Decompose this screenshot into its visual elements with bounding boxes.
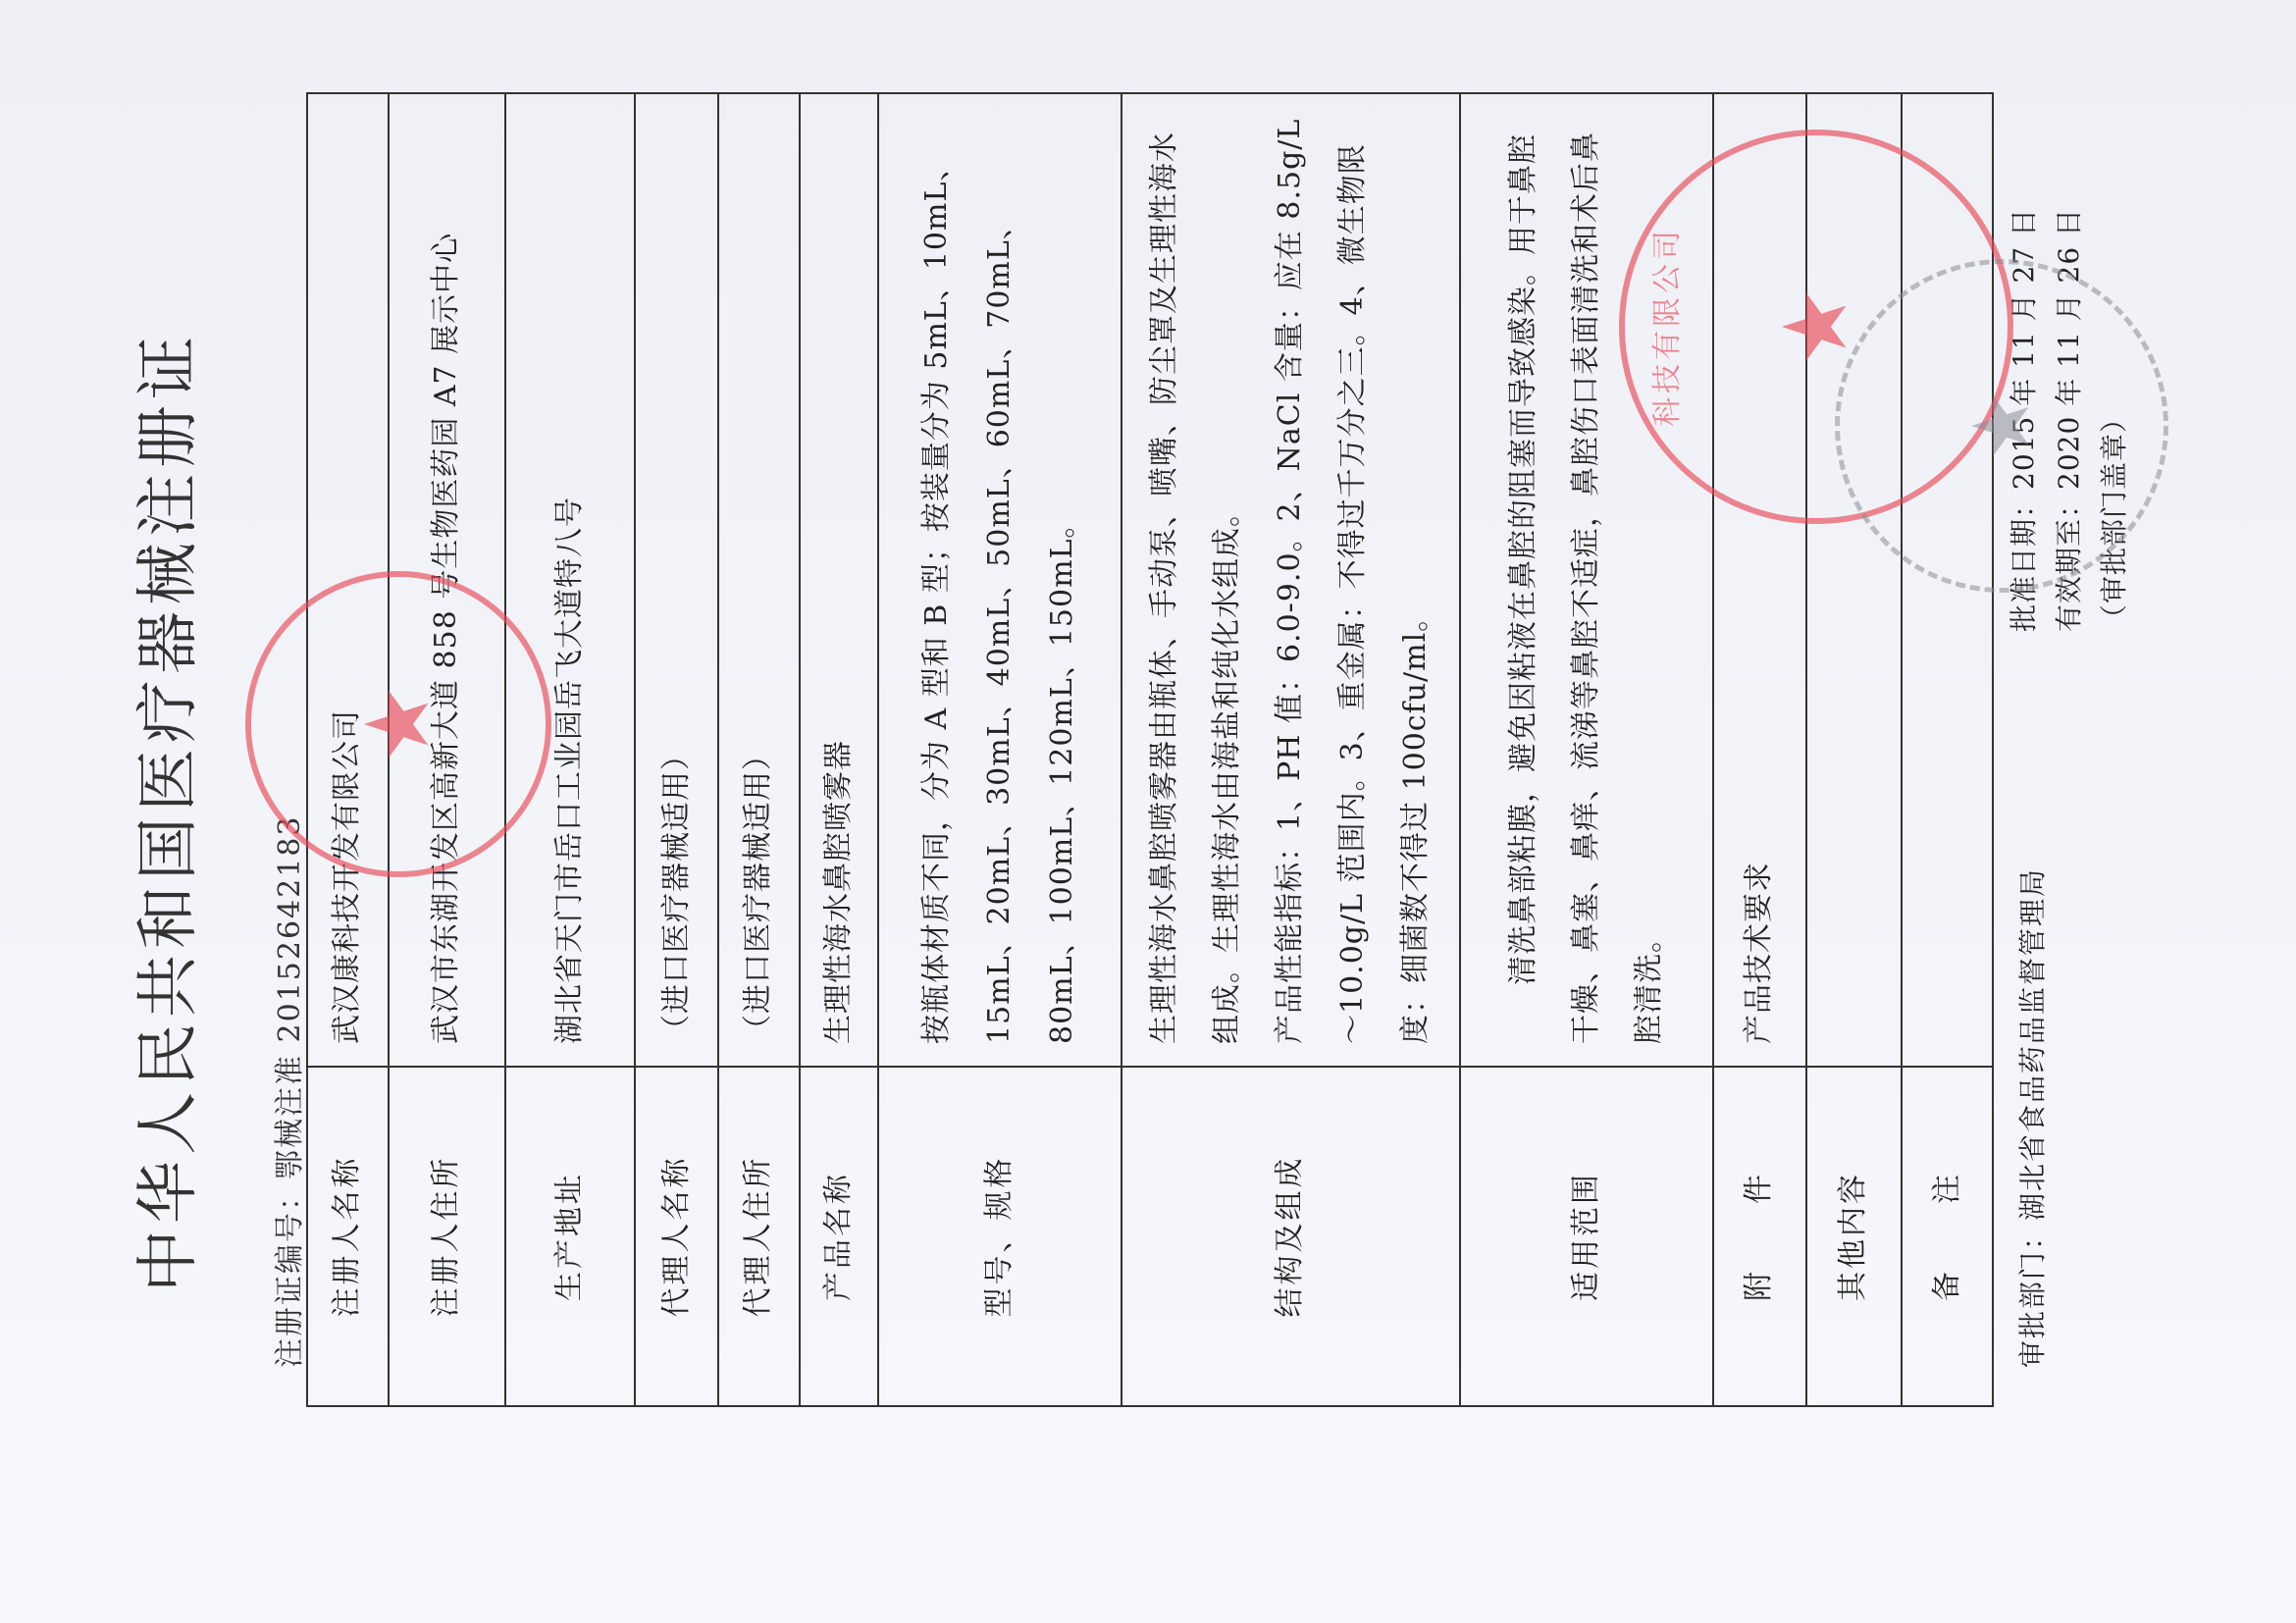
performance-indicators: 产品性能指标：1、PH 值：6.0-9.0。2、NaCl 含量：应在 8.5g/… [1259, 116, 1447, 1044]
row-label-registrant-address: 注册人住所 [389, 1067, 506, 1406]
structure-composition: 生理性海水鼻腔喷雾器由瓶体、手动泵、喷嘴、防尘罩及生理性海水组成。生理性海水由海… [1133, 116, 1259, 1044]
valid-until-line: 有效期至：2020 年 11 月 26 日 [2047, 208, 2092, 632]
row-value-registrant-address: 武汉市东湖开发区高新大道 858 号生物医药园 A7 展示中心 [389, 93, 506, 1067]
seal-note: （审批部门盖章） [2092, 208, 2137, 632]
row-label-production-address: 生产地址 [505, 1067, 635, 1406]
row-value-other [1806, 93, 1902, 1067]
row-value-scope: 清洗鼻部粘膜，避免因粘液在鼻腔的阻塞而导致感染。用于鼻腔干燥、鼻塞、鼻痒、流涕等… [1460, 93, 1713, 1067]
row-label-product-name: 产品名称 [800, 1067, 879, 1406]
row-label-registrant-name: 注册人名称 [307, 1067, 389, 1406]
row-value-production-address: 湖北省天门市岳口工业园岳飞大道特八号 [505, 93, 635, 1067]
table-row: 代理人名称 （进口医疗器械适用） [635, 93, 718, 1406]
document-title: 中华人民共和国医疗器械注册证 [118, 0, 208, 1623]
approval-block: 批准日期：2015 年 11 月 27 日 有效期至：2020 年 11 月 2… [2002, 208, 2137, 632]
row-label-attachments: 附 件 [1713, 1067, 1806, 1406]
row-label-scope: 适用范围 [1460, 1067, 1713, 1406]
registration-number-label: 注册证编号： [273, 1179, 307, 1368]
row-value-remarks [1902, 93, 1993, 1067]
row-label-model-spec: 型号、规格 [878, 1067, 1122, 1406]
valid-until-label: 有效期至： [2053, 490, 2085, 632]
row-value-structure: 生理性海水鼻腔喷雾器由瓶体、手动泵、喷嘴、防尘罩及生理性海水组成。生理性海水由海… [1122, 93, 1460, 1067]
certificate-page: 中华人民共和国医疗器械注册证 注册证编号：鄂械注准 20152642183 注册… [0, 0, 2296, 1623]
table-row: 其他内容 [1806, 93, 1902, 1406]
table-row: 备 注 [1902, 93, 1993, 1406]
table-row: 注册人住所 武汉市东湖开发区高新大道 858 号生物医药园 A7 展示中心 [389, 93, 506, 1406]
certificate-table: 注册人名称 武汉康科技开发有限公司 注册人住所 武汉市东湖开发区高新大道 858… [306, 92, 1994, 1407]
row-value-registrant-name: 武汉康科技开发有限公司 [307, 93, 389, 1067]
table-row: 适用范围 清洗鼻部粘膜，避免因粘液在鼻腔的阻塞而导致感染。用于鼻腔干燥、鼻塞、鼻… [1460, 93, 1713, 1406]
row-label-other: 其他内容 [1806, 1067, 1902, 1406]
table-row: 附 件 产品技术要求 [1713, 93, 1806, 1406]
approval-date-line: 批准日期：2015 年 11 月 27 日 [2002, 208, 2047, 632]
registration-number-line: 注册证编号：鄂械注准 20152642183 [265, 815, 308, 1369]
approval-date: 2015 年 11 月 27 日 [2008, 208, 2040, 490]
registration-number: 鄂械注准 20152642183 [273, 815, 307, 1180]
row-value-agent-address: （进口医疗器械适用） [718, 93, 800, 1067]
table-row: 生产地址 湖北省天门市岳口工业园岳飞大道特八号 [505, 93, 635, 1406]
row-label-agent-address: 代理人住所 [718, 1067, 800, 1406]
scope-text: 清洗鼻部粘膜，避免因粘液在鼻腔的阻塞而导致感染。用于鼻腔干燥、鼻塞、鼻痒、流涕等… [1492, 116, 1681, 1044]
approving-department-label: 审批部门： [2016, 1221, 2049, 1368]
table-row: 产品名称 生理性海水鼻腔喷雾器 [800, 93, 879, 1406]
row-value-product-name: 生理性海水鼻腔喷雾器 [800, 93, 879, 1067]
approving-department-name: 湖北省食品药品监督管理局 [2016, 867, 2049, 1221]
table-row: 型号、规格 按瓶体材质不同，分为 A 型和 B 型；按装量分为 5mL、10mL… [878, 93, 1122, 1406]
table-row: 注册人名称 武汉康科技开发有限公司 [307, 93, 389, 1406]
table-row: 代理人住所 （进口医疗器械适用） [718, 93, 800, 1406]
valid-until: 2020 年 11 月 26 日 [2053, 208, 2085, 490]
row-value-model-spec: 按瓶体材质不同，分为 A 型和 B 型；按装量分为 5mL、10mL、15mL、… [878, 93, 1122, 1067]
table-row: 结构及组成 生理性海水鼻腔喷雾器由瓶体、手动泵、喷嘴、防尘罩及生理性海水组成。生… [1122, 93, 1460, 1406]
row-label-agent-name: 代理人名称 [635, 1067, 718, 1406]
approval-date-label: 批准日期： [2008, 490, 2040, 632]
row-label-remarks: 备 注 [1902, 1067, 1993, 1406]
row-value-agent-name: （进口医疗器械适用） [635, 93, 718, 1067]
row-label-structure: 结构及组成 [1122, 1067, 1460, 1406]
row-value-attachments: 产品技术要求 [1713, 93, 1806, 1067]
approving-department: 审批部门：湖北省食品药品监督管理局 [2011, 867, 2051, 1368]
